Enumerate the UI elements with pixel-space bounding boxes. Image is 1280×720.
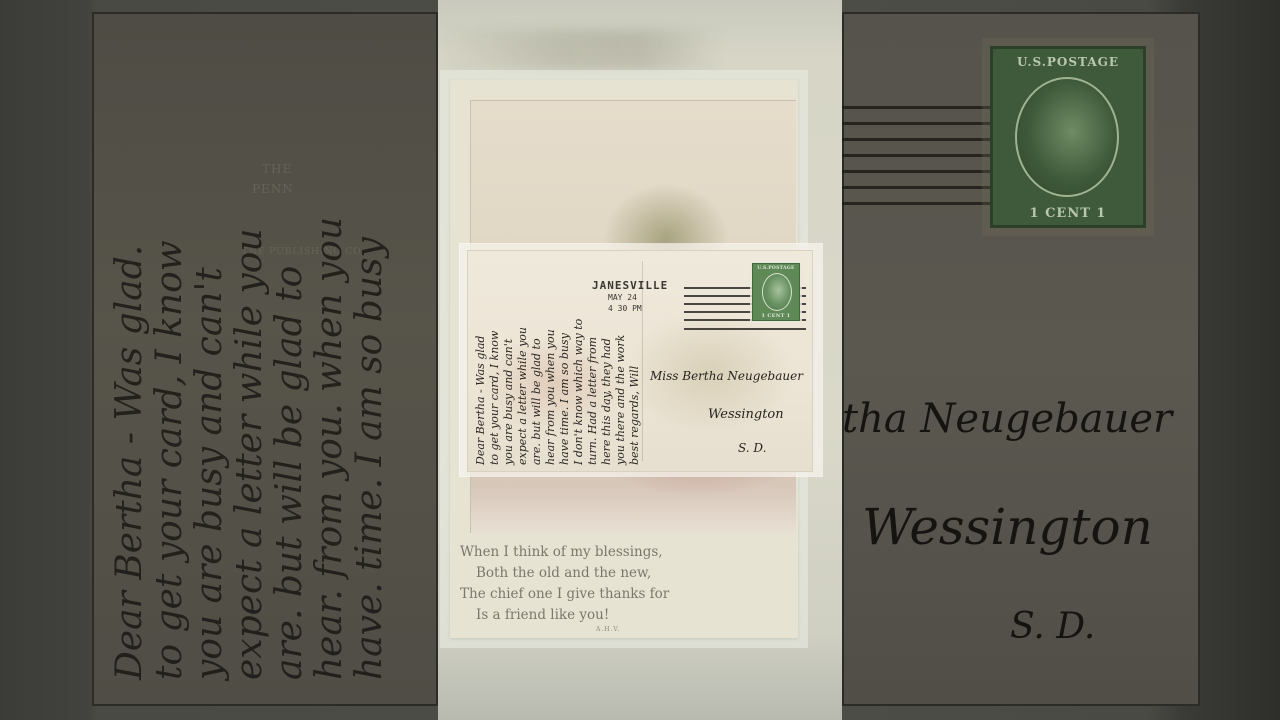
washington-portrait-icon bbox=[762, 273, 792, 311]
address-city-zoomed: Wessington bbox=[862, 498, 1153, 556]
stamp-top-text: U.S.POSTAGE bbox=[993, 55, 1143, 69]
message-line: you are busy and can't bbox=[190, 60, 230, 680]
washington-portrait-icon bbox=[1015, 77, 1119, 197]
address-city: Wessington bbox=[708, 407, 784, 422]
message-line: have time. I am so busy bbox=[558, 255, 572, 465]
stamp-bottom-text: 1 CENT 1 bbox=[753, 313, 799, 319]
stamp-top-text: U.S.POSTAGE bbox=[753, 266, 799, 271]
postcard-back: Dear Bertha - Was glad to get your card,… bbox=[460, 244, 822, 476]
blurred-background-left: THE PENN THE PUBLISHING CO. Dear Bertha … bbox=[0, 0, 438, 720]
video-frame: When I think of my blessings, Both the o… bbox=[438, 0, 842, 720]
verse-line-3: The chief one I give thanks for bbox=[460, 584, 700, 605]
message-line: expect a letter while you bbox=[516, 255, 530, 465]
message-line: to get your card, I know bbox=[488, 255, 502, 465]
message-line: are. but will be glad to bbox=[270, 60, 310, 680]
blurred-background-text bbox=[438, 30, 842, 70]
handwritten-message-zoomed: Dear Bertha - Was glad. to get your card… bbox=[110, 60, 438, 680]
stamp-bottom-text: 1 CENT 1 bbox=[993, 206, 1143, 221]
message-line: I don't know which way to bbox=[572, 255, 586, 465]
message-line: are. but will be glad to bbox=[530, 255, 544, 465]
message-line: hear from you when you bbox=[544, 255, 558, 465]
postmark-city: JANESVILLE bbox=[592, 279, 668, 292]
postcard-back-surface: Dear Bertha - Was glad to get your card,… bbox=[467, 250, 813, 472]
postmark: JANESVILLE MAY 24 4 30 PM bbox=[592, 279, 668, 314]
message-line: you are busy and can't bbox=[502, 255, 516, 465]
postage-stamp: U.S.POSTAGE 1 CENT 1 bbox=[752, 263, 800, 321]
address-name-zoomed: tha Neugebauer bbox=[842, 396, 1172, 442]
blurred-background-right: U.S.POSTAGE 1 CENT 1 tha Neugebauer Wess… bbox=[842, 0, 1280, 720]
address-name: Miss Bertha Neugebauer bbox=[650, 369, 803, 383]
message-line: expect a letter while you bbox=[230, 60, 270, 680]
postmark-date: MAY 24 bbox=[592, 292, 668, 303]
message-line: hear. from you. when you bbox=[310, 60, 350, 680]
message-line: Dear Bertha - Was glad bbox=[474, 255, 488, 465]
verse-line-1: When I think of my blessings, bbox=[460, 542, 700, 563]
message-line: Dear Bertha - Was glad. bbox=[110, 60, 150, 680]
verse-line-2: Both the old and the new, bbox=[460, 563, 700, 584]
artist-initials: A.H.V. bbox=[596, 626, 621, 633]
stamp-zoomed: U.S.POSTAGE 1 CENT 1 bbox=[990, 46, 1146, 228]
address-state-zoomed: S. D. bbox=[1010, 606, 1095, 647]
address-state: S. D. bbox=[738, 441, 766, 455]
message-line: have. time. I am so busy bbox=[350, 60, 390, 680]
verse-line-4: Is a friend like you! bbox=[460, 605, 700, 626]
postmark-time: 4 30 PM bbox=[592, 303, 668, 314]
message-line: to get your card, I know bbox=[150, 60, 190, 680]
verse: When I think of my blessings, Both the o… bbox=[460, 542, 700, 626]
